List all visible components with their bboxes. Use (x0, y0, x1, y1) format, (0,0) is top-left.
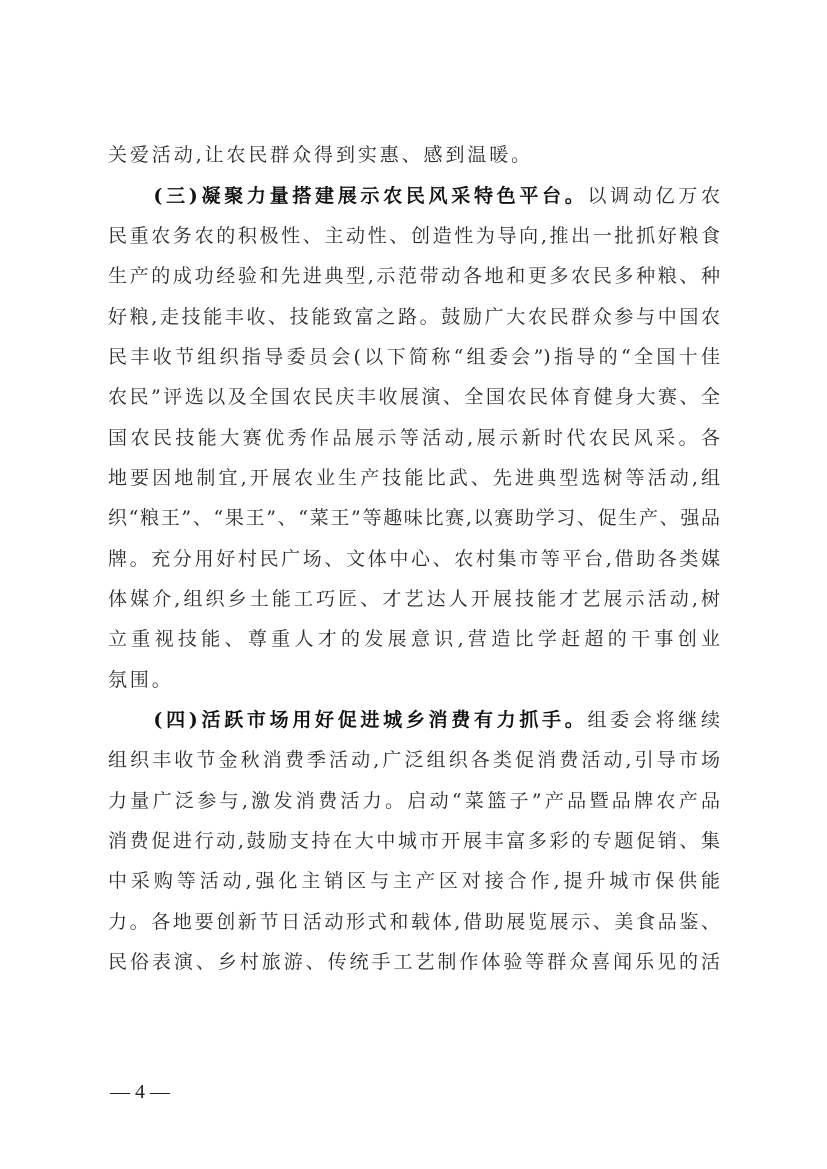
line-text: 民丰收节组织指导委员会(以下简称“组委会”)指导的“全国十佳 (108, 346, 720, 368)
line-text: 组织丰收节金秋消费季活动,广泛组织各类促消费活动,引导市场 (108, 749, 720, 771)
line-text: 立重视技能、尊重人才的发展意识,营造比学赶超的干事创业 (108, 628, 720, 650)
text-line: 民俗表演、乡村旅游、传统手工艺制作体验等群众喜闻乐见的活 (108, 947, 720, 977)
line-text: 民重农务农的积极性、主动性、创造性为导向,推出一批抓好粮食 (108, 225, 720, 247)
line-text: 力量广泛参与,激发消费活力。启动“菜篮子”产品暨品牌农产品 (108, 790, 720, 812)
text-line: 民丰收节组织指导委员会(以下简称“组委会”)指导的“全国十佳 (108, 342, 720, 372)
line-text: 以调动亿万农 (587, 185, 720, 207)
page-number: — 4 — (110, 1080, 170, 1104)
section-heading-line: (四)活跃市场用好促进城乡消费有力抓手。组委会将继续 (108, 705, 720, 735)
section-heading-line: (三)凝聚力量搭建展示农民风采特色平台。以调动亿万农 (108, 181, 720, 211)
document-page: 关爱活动,让农民群众得到实惠、感到温暖。 (三)凝聚力量搭建展示农民风采特色平台… (0, 0, 827, 1169)
text-line: 力量广泛参与,激发消费活力。启动“菜篮子”产品暨品牌农产品 (108, 786, 720, 816)
text-line: 中采购等活动,强化主销区与主产区对接合作,提升城市保供能 (108, 866, 720, 896)
line-text: 消费促进行动,鼓励支持在大中城市开展丰富多彩的专题促销、集 (108, 830, 720, 852)
line-text: 体媒介,组织乡土能工巧匠、才艺达人开展技能才艺展示活动,树 (108, 588, 720, 610)
line-text: 牌。充分用好村民广场、文体中心、农村集市等平台,借助各类媒 (108, 548, 720, 570)
text-line: 氛围。 (108, 665, 720, 695)
text-line: 农民”评选以及全国农民庆丰收展演、全国农民体育健身大赛、全 (108, 382, 720, 412)
line-text: 生产的成功经验和先进典型,示范带动各地和更多农民多种粮、种 (108, 265, 720, 287)
line-text: 地要因地制宜,开展农业生产技能比武、先进典型选树等活动,组 (108, 467, 720, 489)
text-line: 消费促进行动,鼓励支持在大中城市开展丰富多彩的专题促销、集 (108, 826, 720, 856)
text-line: 好粮,走技能丰收、技能致富之路。鼓励广大农民群众参与中国农 (108, 302, 720, 332)
section-heading-4: (四)活跃市场用好促进城乡消费有力抓手。 (108, 709, 587, 731)
text-line: 国农民技能大赛优秀作品展示等活动,展示新时代农民风采。各 (108, 423, 720, 453)
line-text: 关爱活动,让农民群众得到实惠、感到温暖。 (108, 144, 533, 166)
text-line: 关爱活动,让农民群众得到实惠、感到温暖。 (108, 140, 720, 170)
line-text: 氛围。 (108, 669, 174, 691)
text-line: 织“粮王”、“果王”、“菜王”等趣味比赛,以赛助学习、促生产、强品 (108, 503, 720, 533)
text-line: 立重视技能、尊重人才的发展意识,营造比学赶超的干事创业 (108, 624, 720, 654)
text-line: 牌。充分用好村民广场、文体中心、农村集市等平台,借助各类媒 (108, 544, 720, 574)
line-text: 组委会将继续 (587, 709, 720, 731)
text-line: 力。各地要创新节日活动形式和载体,借助展览展示、美食品鉴、 (108, 907, 720, 937)
line-text: 农民”评选以及全国农民庆丰收展演、全国农民体育健身大赛、全 (108, 386, 720, 408)
line-text: 国农民技能大赛优秀作品展示等活动,展示新时代农民风采。各 (108, 427, 720, 449)
line-text: 好粮,走技能丰收、技能致富之路。鼓励广大农民群众参与中国农 (108, 306, 720, 328)
text-line: 民重农务农的积极性、主动性、创造性为导向,推出一批抓好粮食 (108, 221, 720, 251)
line-text: 力。各地要创新节日活动形式和载体,借助展览展示、美食品鉴、 (108, 911, 720, 933)
text-line: 生产的成功经验和先进典型,示范带动各地和更多农民多种粮、种 (108, 261, 720, 291)
text-line: 组织丰收节金秋消费季活动,广泛组织各类促消费活动,引导市场 (108, 745, 720, 775)
text-line: 体媒介,组织乡土能工巧匠、才艺达人开展技能才艺展示活动,树 (108, 584, 720, 614)
line-text: 中采购等活动,强化主销区与主产区对接合作,提升城市保供能 (108, 870, 720, 892)
text-line: 地要因地制宜,开展农业生产技能比武、先进典型选树等活动,组 (108, 463, 720, 493)
line-text: 民俗表演、乡村旅游、传统手工艺制作体验等群众喜闻乐见的活 (108, 951, 720, 973)
line-text: 织“粮王”、“果王”、“菜王”等趣味比赛,以赛助学习、促生产、强品 (108, 507, 720, 529)
section-heading-3: (三)凝聚力量搭建展示农民风采特色平台。 (108, 185, 587, 207)
